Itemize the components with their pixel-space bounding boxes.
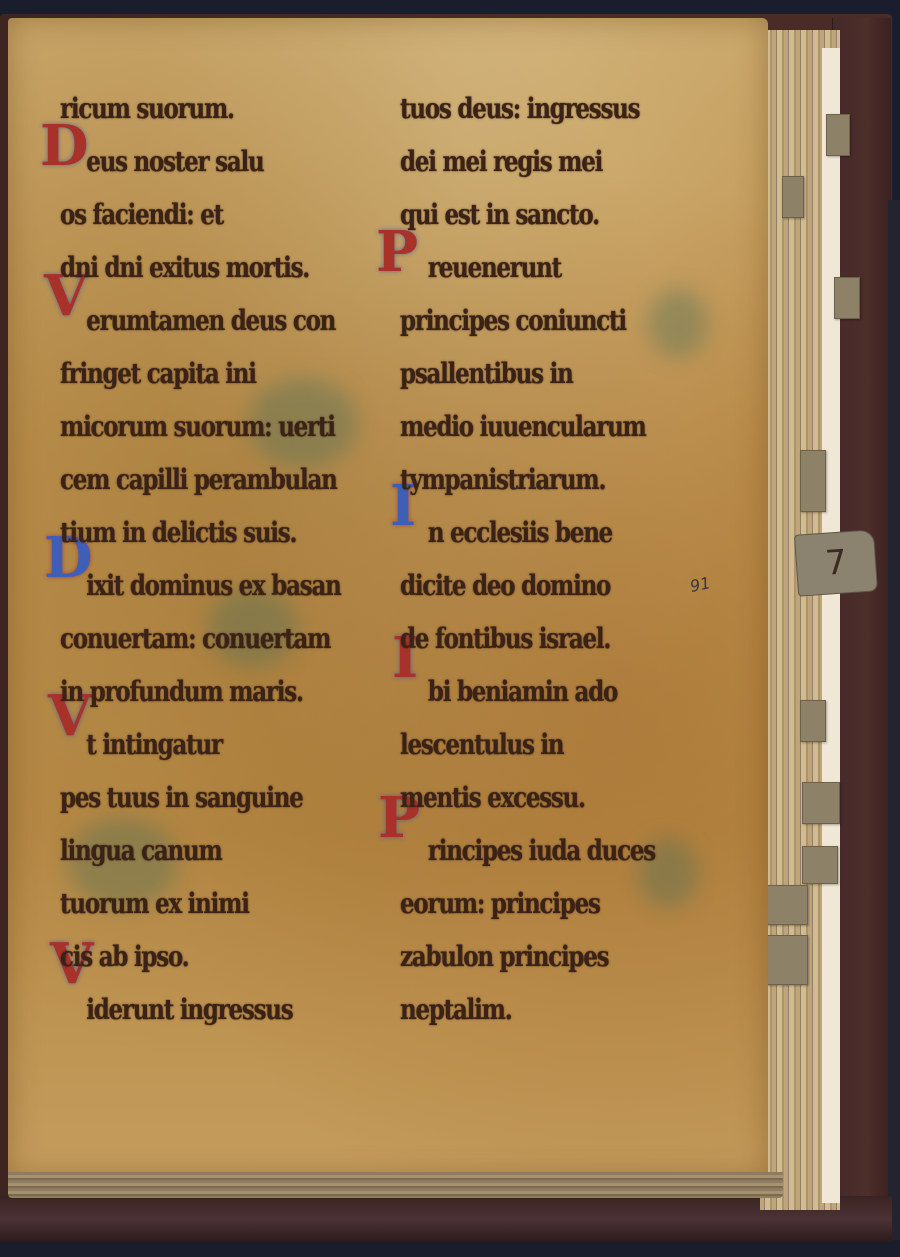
text-line: cem capilli perambulan bbox=[60, 453, 306, 506]
thumb-tab bbox=[802, 782, 840, 824]
text-line: qui est in sancto. bbox=[400, 188, 626, 241]
text-line: mentis excessu. bbox=[400, 771, 626, 824]
thumb-tab bbox=[826, 114, 850, 156]
text-line: dni dni exitus mortis. bbox=[60, 241, 306, 294]
text-line: reuenerunt bbox=[400, 241, 626, 294]
thumb-tab bbox=[800, 700, 826, 742]
text-line: bi beniamin ado bbox=[400, 665, 626, 718]
text-line: cis ab ipso. bbox=[60, 930, 306, 983]
text-line: ixit dominus ex basan bbox=[60, 559, 306, 612]
text-line: rincipes iuda duces bbox=[400, 824, 626, 877]
page-block-bottom bbox=[8, 1172, 783, 1198]
text-line: t intingatur bbox=[60, 718, 306, 771]
binding-clasp bbox=[888, 200, 900, 1240]
text-line: os faciendi: et bbox=[60, 188, 306, 241]
text-column-left: ricum suorum. eus noster salu os faciend… bbox=[60, 82, 360, 1036]
numbered-thumb-tab: 7 bbox=[794, 529, 878, 596]
text-line: pes tuus in sanguine bbox=[60, 771, 306, 824]
text-line: in profundum maris. bbox=[60, 665, 306, 718]
text-line: iderunt ingressus bbox=[60, 983, 306, 1036]
thumb-tab bbox=[764, 935, 808, 985]
tab-number: 7 bbox=[824, 542, 848, 583]
thumb-tab bbox=[834, 277, 860, 319]
paper-flyleaves bbox=[822, 48, 840, 1203]
text-line: tympanistriarum. bbox=[400, 453, 626, 506]
text-line: n ecclesiis bene bbox=[400, 506, 626, 559]
text-line: eus noster salu bbox=[60, 135, 306, 188]
text-line: tium in delictis suis. bbox=[60, 506, 306, 559]
text-line: principes coniuncti bbox=[400, 294, 626, 347]
thumb-tab bbox=[800, 450, 826, 512]
text-line: zabulon principes bbox=[400, 930, 626, 983]
thumb-tab bbox=[782, 176, 804, 218]
thumb-tab bbox=[802, 846, 838, 884]
text-line: dicite deo domino bbox=[400, 559, 626, 612]
binding-bottom-edge bbox=[0, 1196, 892, 1242]
text-line: de fontibus israel. bbox=[400, 612, 626, 665]
text-line: micorum suorum: uerti bbox=[60, 400, 306, 453]
text-line: tuos deus: ingressus bbox=[400, 82, 626, 135]
text-line: erumtamen deus con bbox=[60, 294, 306, 347]
text-line: neptalim. bbox=[400, 983, 626, 1036]
text-line: fringet capita ini bbox=[60, 347, 306, 400]
text-line: tuorum ex inimi bbox=[60, 877, 306, 930]
text-line: lescentulus in bbox=[400, 718, 626, 771]
binding-board-edge bbox=[832, 18, 891, 1240]
text-line: conuertam: conuertam bbox=[60, 612, 306, 665]
text-line: psallentibus in bbox=[400, 347, 626, 400]
text-line: ricum suorum. bbox=[60, 82, 306, 135]
text-line: lingua canum bbox=[60, 824, 306, 877]
text-line: dei mei regis mei bbox=[400, 135, 626, 188]
thumb-tab bbox=[766, 885, 808, 925]
text-line: medio iuuencularum bbox=[400, 400, 626, 453]
text-column-right: tuos deus: ingressus dei mei regis mei q… bbox=[400, 82, 675, 1036]
text-line: eorum: principes bbox=[400, 877, 626, 930]
